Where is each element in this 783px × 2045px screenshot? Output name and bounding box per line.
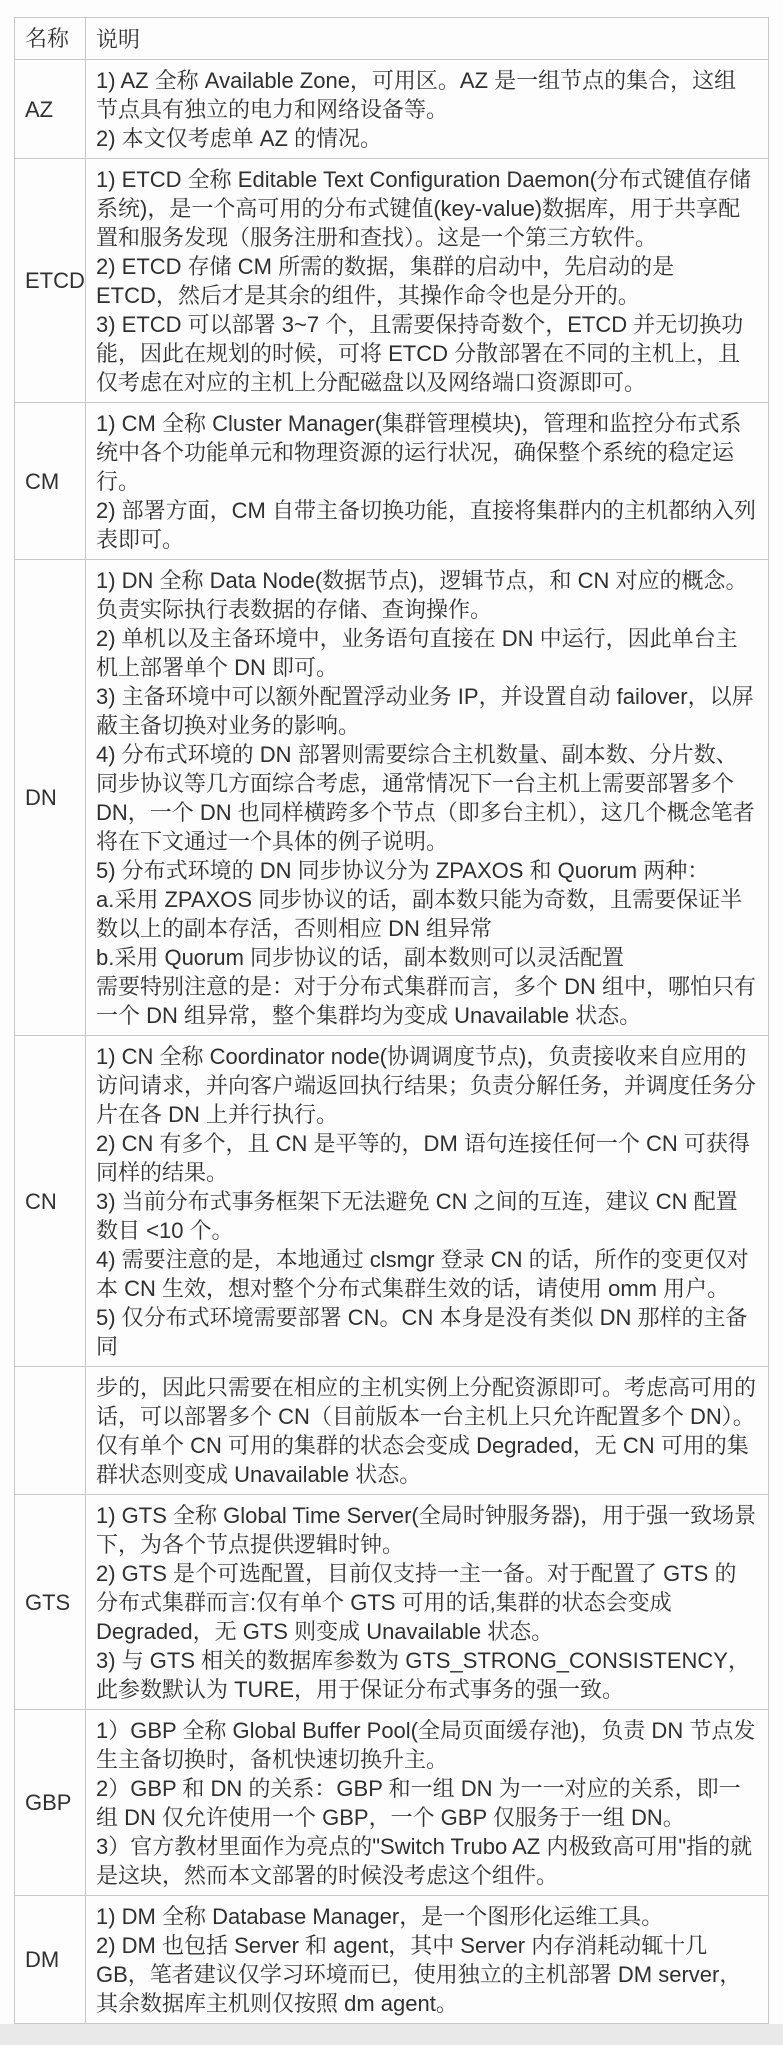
row-description: 1) DN 全称 Data Node(数据节点)，逻辑节点，和 CN 对应的概念… (96, 568, 756, 1028)
row-description: 1) CM 全称 Cluster Manager(集群管理模块)，管理和监控分布… (96, 411, 756, 552)
row-description: 1) CN 全称 Coordinator node(协调调度节点)，负责接收来自… (96, 1044, 756, 1359)
row-name: GTS (15, 1495, 86, 1710)
row-name: DN (15, 560, 86, 1036)
bottom-gray-strip (0, 2024, 783, 2045)
row-description: 1) AZ 全称 Available Zone，可用区。AZ 是一组节点的集合，… (96, 68, 736, 151)
row-name: DM (15, 1896, 86, 2024)
row-description: 1) GTS 全称 Global Time Server(全局时钟服务器)，用于… (96, 1503, 756, 1702)
row-name: CN (15, 1036, 86, 1367)
table-wrapper: 名称 说明 AZ 1) AZ 全称 Available Zone，可用区。AZ … (14, 17, 769, 2024)
row-description: 步的，因此只需要在相应的主机实例上分配资源即可。考虑高可用的话，可以部署多个 C… (96, 1375, 756, 1487)
column-header-description: 说明 (86, 18, 769, 60)
table-row-cm: CM 1) CM 全称 Cluster Manager(集群管理模块)，管理和监… (15, 403, 769, 560)
table-row-az: AZ 1) AZ 全称 Available Zone，可用区。AZ 是一组节点的… (15, 60, 769, 159)
row-name: CM (15, 403, 86, 560)
row-name: ETCD (15, 159, 86, 403)
column-header-name: 名称 (15, 18, 86, 60)
table-row-cn-continued: 步的，因此只需要在相应的主机实例上分配资源即可。考虑高可用的话，可以部署多个 C… (15, 1367, 769, 1495)
table-row-etcd: ETCD 1) ETCD 全称 Editable Text Configurat… (15, 159, 769, 403)
row-name: GBP (15, 1710, 86, 1896)
component-description-table: 名称 说明 AZ 1) AZ 全称 Available Zone，可用区。AZ … (14, 17, 769, 2024)
row-description: 1) DM 全称 Database Manager，是一个图形化运维工具。 2)… (96, 1904, 741, 2016)
row-name: AZ (15, 60, 86, 159)
row-description: 1) ETCD 全称 Editable Text Configuration D… (96, 167, 751, 395)
table-header-row: 名称 说明 (15, 18, 769, 60)
page: 名称 说明 AZ 1) AZ 全称 Available Zone，可用区。AZ … (0, 0, 783, 2045)
table-row-gts: GTS 1) GTS 全称 Global Time Server(全局时钟服务器… (15, 1495, 769, 1710)
table-row-dm: DM 1) DM 全称 Database Manager，是一个图形化运维工具。… (15, 1896, 769, 2024)
row-description: 1）GBP 全称 Global Buffer Pool(全局页面缓存池)，负责 … (96, 1718, 755, 1888)
table-row-dn: DN 1) DN 全称 Data Node(数据节点)，逻辑节点，和 CN 对应… (15, 560, 769, 1036)
table-row-cn: CN 1) CN 全称 Coordinator node(协调调度节点)，负责接… (15, 1036, 769, 1367)
table-row-gbp: GBP 1）GBP 全称 Global Buffer Pool(全局页面缓存池)… (15, 1710, 769, 1896)
row-name (15, 1367, 86, 1495)
